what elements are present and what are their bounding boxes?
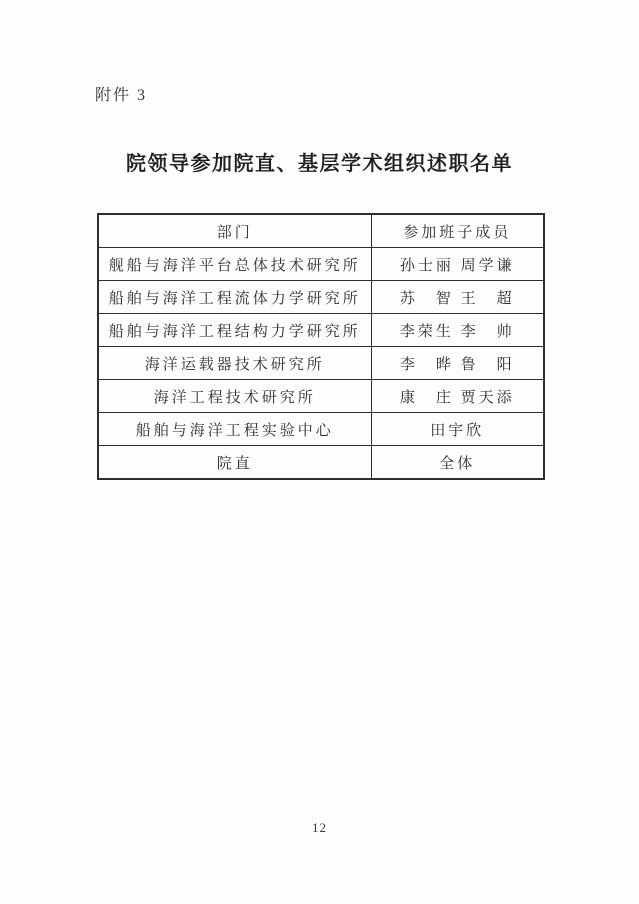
members-cell: 康 庄 贾天添	[371, 380, 544, 413]
table-row: 海洋运载器技术研究所 李 晔 鲁 阳	[98, 347, 544, 380]
department-cell: 海洋工程技术研究所	[98, 380, 371, 413]
members-cell: 李 晔 鲁 阳	[371, 347, 544, 380]
department-cell: 船舶与海洋工程实验中心	[98, 413, 371, 446]
department-cell: 舰船与海洋平台总体技术研究所	[98, 248, 371, 281]
page-title: 院领导参加院直、基层学术组织述职名单	[0, 147, 639, 176]
department-cell: 船舶与海洋工程结构力学研究所	[98, 314, 371, 347]
table-row: 船舶与海洋工程流体力学研究所 苏 智 王 超	[98, 281, 544, 314]
document-page: 附件 3 院领导参加院直、基层学术组织述职名单 部门 参加班子成员 舰船与海洋平…	[0, 0, 639, 904]
table-row: 舰船与海洋平台总体技术研究所 孙士丽 周学谦	[98, 248, 544, 281]
table-row: 船舶与海洋工程实验中心 田宇欣	[98, 413, 544, 446]
members-cell: 田宇欣	[371, 413, 544, 446]
header-members: 参加班子成员	[371, 214, 544, 248]
members-cell: 苏 智 王 超	[371, 281, 544, 314]
table-header-row: 部门 参加班子成员	[98, 214, 544, 248]
table-row: 船舶与海洋工程结构力学研究所 李荣生 李 帅	[98, 314, 544, 347]
roster-table: 部门 参加班子成员 舰船与海洋平台总体技术研究所 孙士丽 周学谦 船舶与海洋工程…	[97, 213, 545, 480]
table-row: 院直 全体	[98, 446, 544, 480]
department-cell: 海洋运载器技术研究所	[98, 347, 371, 380]
members-cell: 全体	[371, 446, 544, 480]
department-cell: 院直	[98, 446, 371, 480]
page-number: 12	[0, 820, 639, 836]
table-row: 海洋工程技术研究所 康 庄 贾天添	[98, 380, 544, 413]
header-department: 部门	[98, 214, 371, 248]
members-cell: 孙士丽 周学谦	[371, 248, 544, 281]
department-cell: 船舶与海洋工程流体力学研究所	[98, 281, 371, 314]
attachment-label: 附件 3	[95, 82, 147, 105]
members-cell: 李荣生 李 帅	[371, 314, 544, 347]
